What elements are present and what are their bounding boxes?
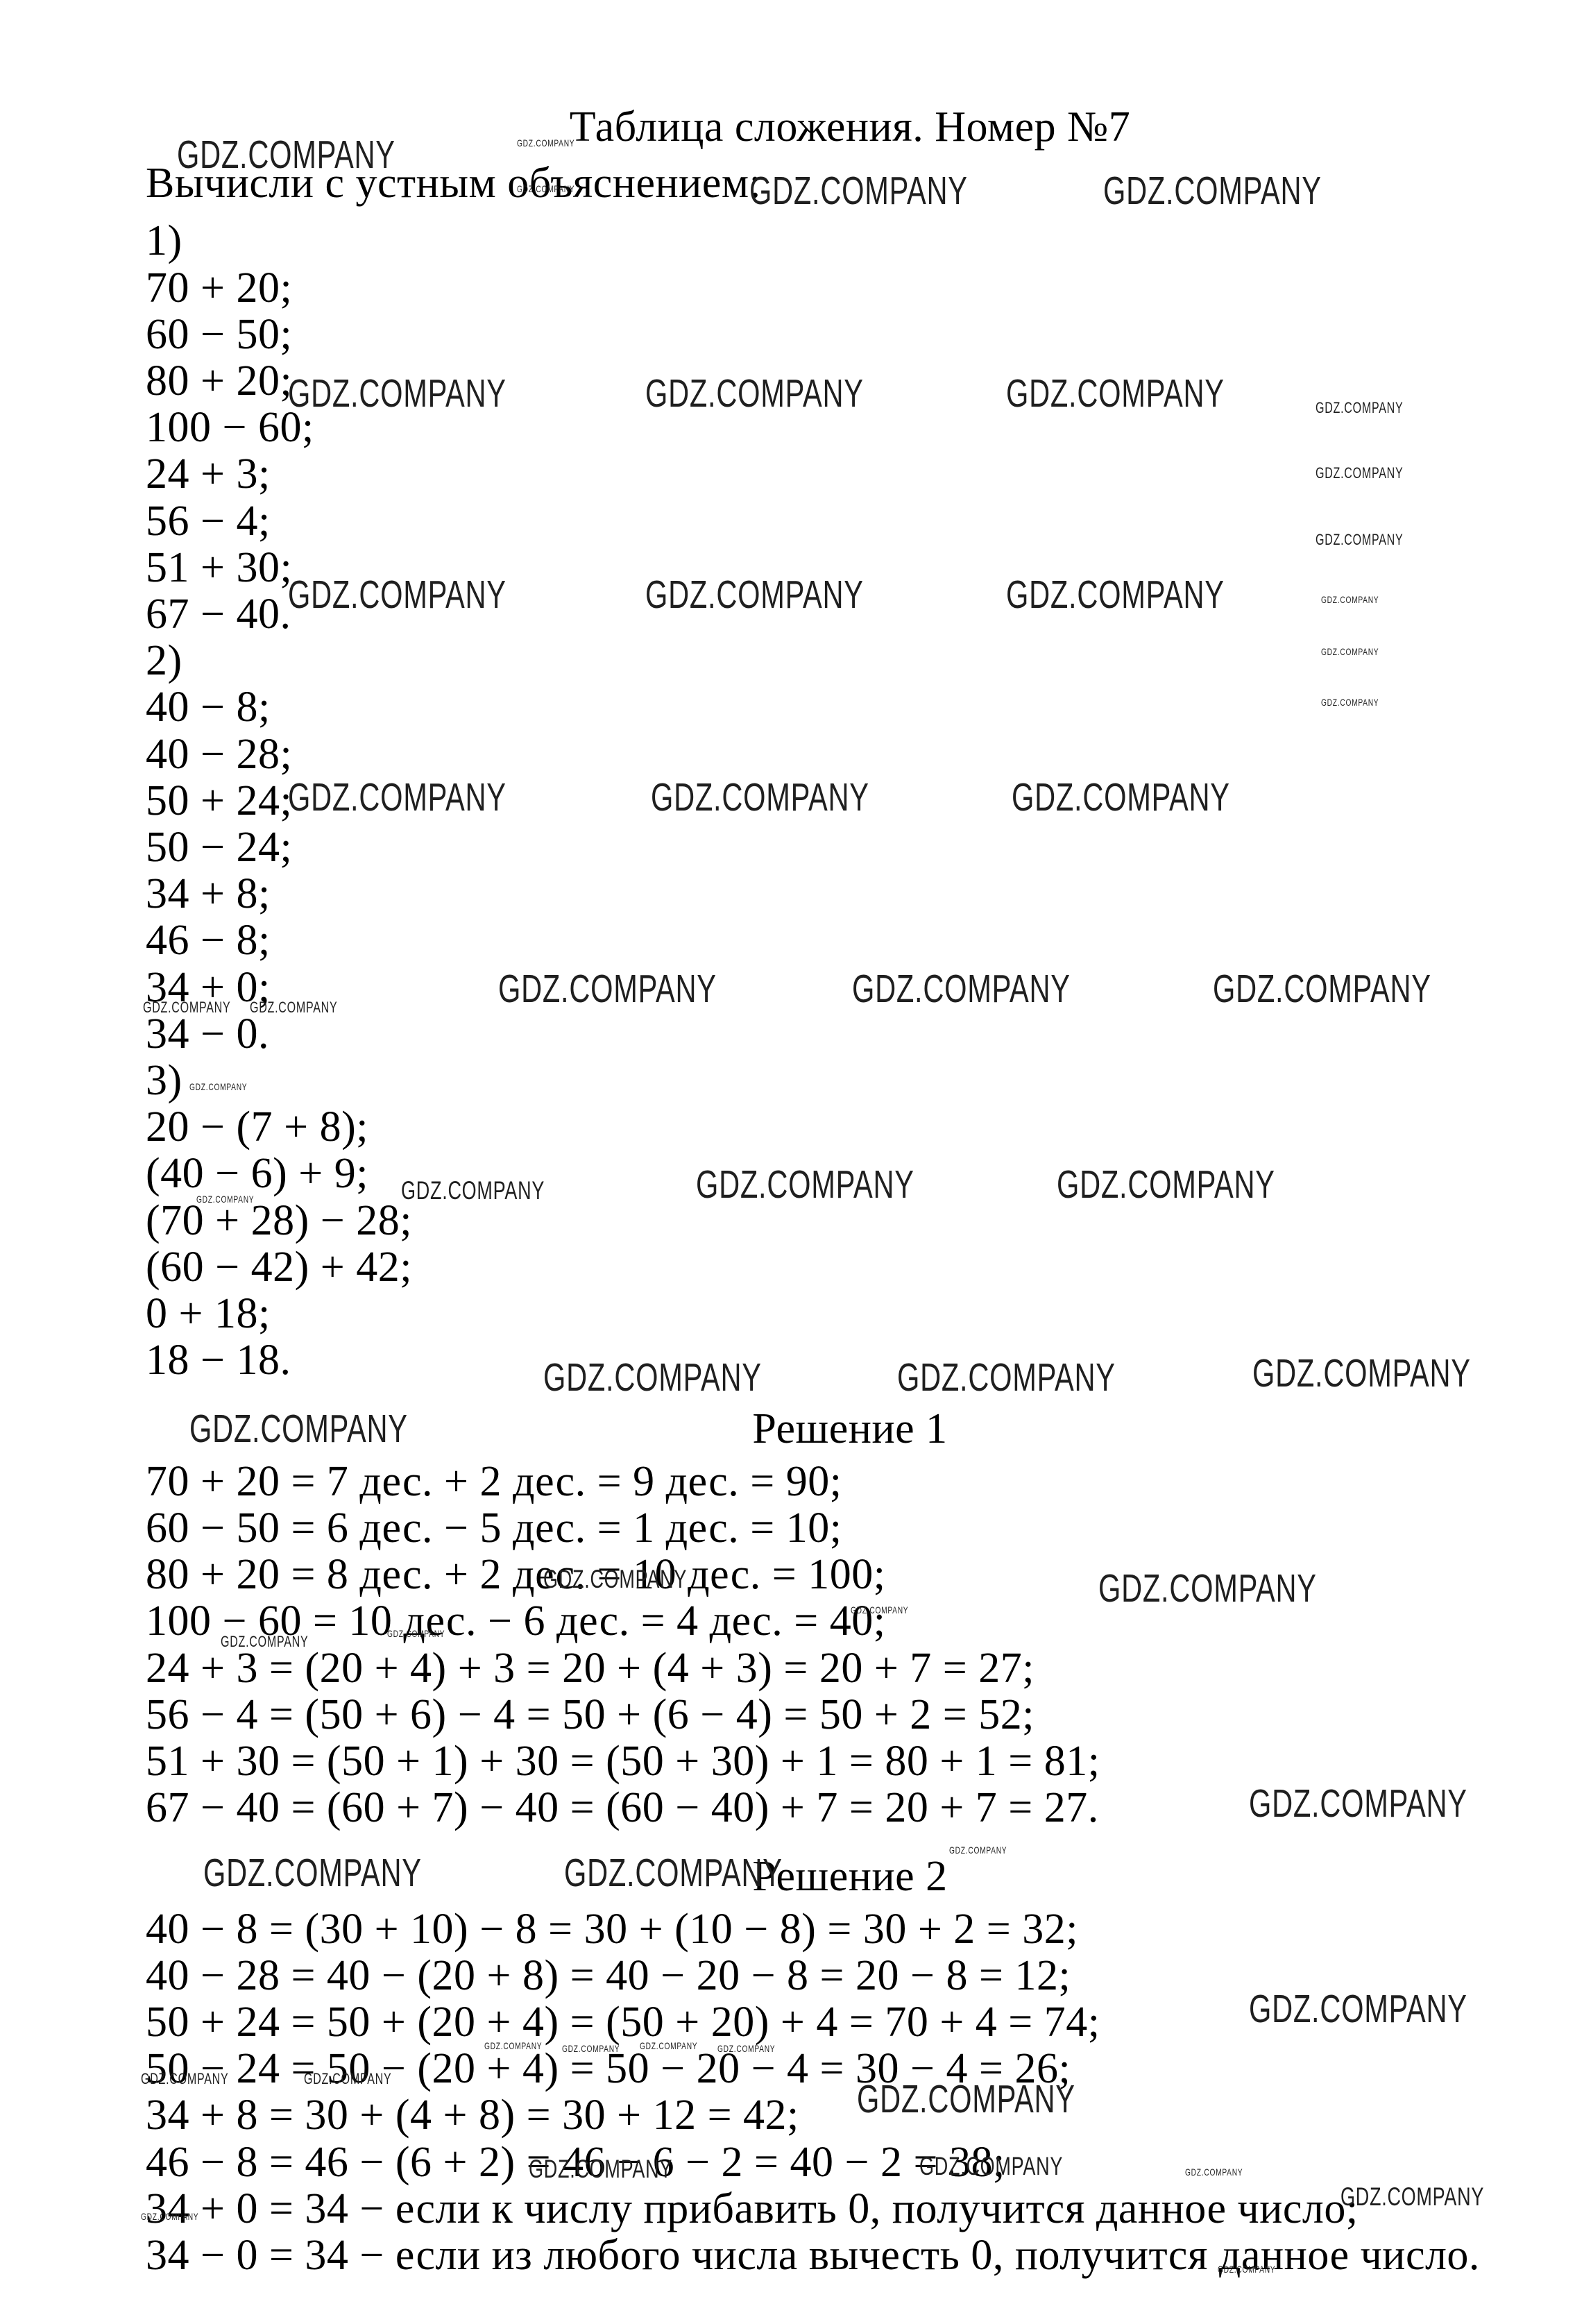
watermark-text: GDZ.COMPANY xyxy=(857,2080,1075,2118)
watermark-text: GDZ.COMPANY xyxy=(1006,375,1225,412)
watermark-text: GDZ.COMPANY xyxy=(1316,533,1403,548)
watermark-text: GDZ.COMPANY xyxy=(1057,1166,1275,1203)
watermark-text: GDZ.COMPANY xyxy=(1006,576,1225,613)
solution-line: 46 − 8 = 46 − (6 + 2) = 46 − 6 − 2 = 40 … xyxy=(146,2139,1513,2186)
watermark-text: GDZ.COMPANY xyxy=(517,139,574,148)
watermark-text: GDZ.COMPANY xyxy=(387,1629,445,1638)
watermark-text: GDZ.COMPANY xyxy=(543,1359,762,1396)
watermark-text: GDZ.COMPANY xyxy=(851,1606,908,1615)
watermark-text: GDZ.COMPANY xyxy=(1185,2168,1243,2177)
watermark-text: GDZ.COMPANY xyxy=(1316,401,1403,416)
watermark-text: GDZ.COMPANY xyxy=(1012,779,1230,816)
solution-line: 40 − 8 = (30 + 10) − 8 = 30 + (10 − 8) =… xyxy=(146,1906,1513,1953)
solution-line: 34 − 0 = 34 − если из любого числа вычес… xyxy=(146,2232,1513,2279)
watermark-text: GDZ.COMPANY xyxy=(1321,647,1379,656)
task-expression: 70 + 20; xyxy=(146,265,1513,312)
watermark-text: GDZ.COMPANY xyxy=(401,1178,545,1203)
watermark-text: GDZ.COMPANY xyxy=(1103,172,1322,210)
watermark-text: GDZ.COMPANY xyxy=(177,136,395,173)
watermark-text: GDZ.COMPANY xyxy=(1218,2265,1275,2274)
solution-line: 56 − 4 = (50 + 6) − 4 = 50 + (6 − 4) = 5… xyxy=(146,1692,1513,1738)
watermark-text: GDZ.COMPANY xyxy=(562,2044,620,2053)
watermark-text: GDZ.COMPANY xyxy=(749,172,968,210)
solution-line: 34 + 0 = 34 − если к числу прибавить 0, … xyxy=(146,2186,1513,2232)
watermark-text: GDZ.COMPANY xyxy=(696,1166,914,1203)
task-expression: 34 + 8; xyxy=(146,871,1513,917)
watermark-text: GDZ.COMPANY xyxy=(221,1635,308,1649)
watermark-text: GDZ.COMPANY xyxy=(143,1001,230,1015)
watermark-text: GDZ.COMPANY xyxy=(1321,595,1379,604)
document-page: Таблица сложения. Номер №7 Вычисли с уст… xyxy=(0,0,1575,2324)
solution-line: 70 + 20 = 7 дес. + 2 дес. = 9 дес. = 90; xyxy=(146,1459,1513,1505)
watermark-text: GDZ.COMPANY xyxy=(564,1854,783,1892)
watermark-text: GDZ.COMPANY xyxy=(288,576,506,613)
watermark-text: GDZ.COMPANY xyxy=(919,2154,1063,2178)
watermark-text: GDZ.COMPANY xyxy=(897,1359,1116,1396)
watermark-text: GDZ.COMPANY xyxy=(141,2072,228,2087)
task-group-2-label: 2) xyxy=(146,638,1513,684)
watermark-text: GDZ.COMPANY xyxy=(189,1083,247,1092)
task-expression: 56 − 4; xyxy=(146,498,1513,545)
task-expression: 40 − 28; xyxy=(146,731,1513,778)
watermark-text: GDZ.COMPANY xyxy=(852,970,1071,1008)
watermark-text: GDZ.COMPANY xyxy=(250,1001,337,1015)
solution-line: 51 + 30 = (50 + 1) + 30 = (50 + 30) + 1 … xyxy=(146,1738,1513,1785)
task-expression: 40 − 8; xyxy=(146,684,1513,731)
watermark-text: GDZ.COMPANY xyxy=(189,1410,408,1448)
watermark-text: GDZ.COMPANY xyxy=(651,779,869,816)
watermark-text: GDZ.COMPANY xyxy=(1321,698,1379,707)
task-expression: 20 − (7 + 8); xyxy=(146,1104,1513,1151)
watermark-text: GDZ.COMPANY xyxy=(304,2072,391,2087)
watermark-text: GDZ.COMPANY xyxy=(196,1195,254,1204)
watermark-text: GDZ.COMPANY xyxy=(640,2042,697,2051)
watermark-text: GDZ.COMPANY xyxy=(288,375,506,412)
watermark-text: GDZ.COMPANY xyxy=(529,2157,672,2181)
watermark-text: GDZ.COMPANY xyxy=(645,375,864,412)
watermark-text: GDZ.COMPANY xyxy=(645,576,864,613)
watermark-text: GDZ.COMPANY xyxy=(1098,1570,1317,1607)
task-group-1-label: 1) xyxy=(146,218,1513,264)
watermark-text: GDZ.COMPANY xyxy=(1249,1785,1467,1822)
watermark-text: GDZ.COMPANY xyxy=(1249,1990,1467,2028)
watermark-text: GDZ.COMPANY xyxy=(484,2042,542,2051)
watermark-text: GDZ.COMPANY xyxy=(1316,466,1403,481)
watermark-text: GDZ.COMPANY xyxy=(543,1567,687,1591)
watermark-text: GDZ.COMPANY xyxy=(949,1846,1007,1855)
task-expression: 24 + 3; xyxy=(146,451,1513,498)
watermark-text: GDZ.COMPANY xyxy=(498,970,717,1008)
watermark-text: GDZ.COMPANY xyxy=(203,1854,422,1892)
task-expression: 0 + 18; xyxy=(146,1291,1513,1337)
watermark-text: GDZ.COMPANY xyxy=(1252,1355,1471,1392)
task-expression: 50 − 24; xyxy=(146,824,1513,871)
watermark-text: GDZ.COMPANY xyxy=(717,2044,775,2053)
watermark-text: GDZ.COMPANY xyxy=(1213,970,1431,1008)
watermark-text: GDZ.COMPANY xyxy=(141,2212,198,2221)
task-expression: 46 − 8; xyxy=(146,917,1513,964)
task-expression: 60 − 50; xyxy=(146,312,1513,358)
watermark-text: GDZ.COMPANY xyxy=(517,185,574,194)
task-expression: 34 − 0. xyxy=(146,1011,1513,1058)
watermark-text: GDZ.COMPANY xyxy=(1340,2185,1484,2209)
task-expression: (60 − 42) + 42; xyxy=(146,1244,1513,1291)
solution-line: 34 + 8 = 30 + (4 + 8) = 30 + 12 = 42; xyxy=(146,2092,1513,2139)
solution-line: 60 − 50 = 6 дес. − 5 дес. = 1 дес. = 10; xyxy=(146,1505,1513,1552)
watermark-text: GDZ.COMPANY xyxy=(288,779,506,816)
task-group-3-label: 3) xyxy=(146,1058,1513,1104)
solution-line: 24 + 3 = (20 + 4) + 3 = 20 + (4 + 3) = 2… xyxy=(146,1645,1513,1692)
